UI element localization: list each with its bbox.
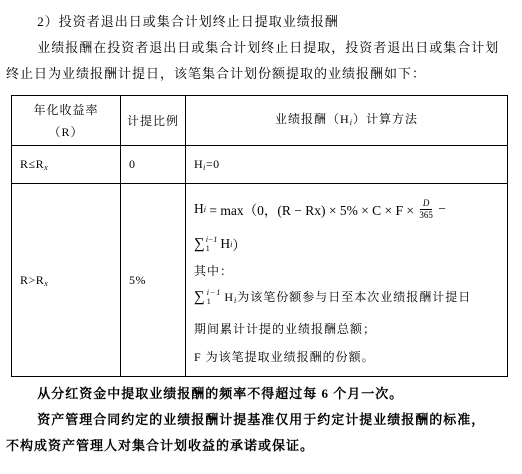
condition-2-text: R>R: [20, 273, 44, 287]
sigma-lower-limit: 1: [206, 244, 218, 253]
sigma-symbol-2: ∑i−11: [194, 283, 221, 311]
performance-fee-table: 年化收益率 （R） 计提比例 业绩报酬（Hi）计算方法 R≤Rx 0 Hi=0 …: [11, 95, 508, 377]
condition-1-subscript: x: [44, 163, 48, 172]
section-heading: 2）投资者退出日或集合计划终止日提取业绩报酬: [6, 9, 516, 35]
method-cell-2: Hi = max（0，(R − Rx) × 5% × C × F × D365 …: [186, 184, 508, 377]
fraction-numerator: D: [420, 198, 433, 210]
formula-minus: −: [435, 201, 446, 217]
header-calculation-method: 业绩报酬（Hi）计算方法: [186, 96, 508, 146]
footer-block: 从分红资金中提取业绩报酬的频率不得超过每 6 个月一次。 资产管理合同约定的业绩…: [6, 381, 516, 459]
f-explanation: F 为该笔提取业绩报酬的份额。: [194, 343, 499, 371]
sigma-glyph: ∑: [194, 236, 205, 253]
table-row-above-benchmark: R>Rx 5% Hi = max（0，(R − Rx) × 5% × C × F…: [12, 184, 508, 377]
header-accrual-ratio: 计提比例: [121, 96, 186, 146]
condition-2-subscript: x: [44, 279, 48, 288]
sigma-limits: i−11: [206, 235, 218, 253]
header-method-pre: 业绩报酬（H: [275, 112, 350, 126]
ratio-cell-2: 5%: [121, 184, 186, 377]
sigma-symbol: ∑i−11: [194, 235, 217, 253]
condition-1-text: R≤R: [20, 157, 44, 171]
sigma-h-2: H: [224, 290, 234, 304]
ratio-cell-1: 0: [121, 146, 186, 184]
method-1-value: =0: [206, 157, 220, 171]
condition-cell-1: R≤Rx: [12, 146, 121, 184]
sigma-limits-2: i−11: [207, 288, 222, 306]
fraction-d-365: D365: [419, 198, 433, 221]
table-row-below-benchmark: R≤Rx 0 Hi=0: [12, 146, 508, 184]
sigma-upper-limit: i−1: [206, 235, 218, 244]
sigma-upper-limit-2: i−1: [207, 288, 222, 297]
footer-paragraph-1: 从分红资金中提取业绩报酬的频率不得超过每 6 个月一次。: [6, 381, 516, 407]
sigma-explanation: ∑i−11Hi为该笔份额参与日至本次业绩报酬计提日 期间累计计提的业绩报酬总额；: [194, 283, 499, 343]
intro-paragraph: 业绩报酬在投资者退出日或集合计划终止日提取，投资者退出日或集合计划 终止日为业绩…: [6, 35, 516, 87]
formula-where-label: 其中：: [194, 259, 499, 283]
sigma-lower-limit-2: 1: [207, 297, 222, 306]
formula-body: = max（0，(R − Rx) × 5% × C × F ×: [206, 199, 417, 219]
fraction-denominator: 365: [419, 210, 433, 221]
table-header-row: 年化收益率 （R） 计提比例 业绩报酬（Hi）计算方法: [12, 96, 508, 146]
method-1-h: H: [194, 157, 203, 171]
formula-h: H: [194, 201, 204, 217]
formula-close-paren: ）: [232, 234, 246, 254]
formula2-h: H: [220, 236, 230, 252]
sigma-glyph-2: ∑: [194, 283, 206, 311]
header-method-post: ）计算方法: [353, 112, 418, 126]
condition-cell-2: R>Rx: [12, 184, 121, 377]
formula-line-2: ∑i−11Hi）: [194, 229, 499, 259]
footer-paragraph-2: 资产管理合同约定的业绩报酬计提基准仅用于约定计提业绩报酬的标准， 不构成资产管理…: [6, 407, 516, 459]
document-page: 2）投资者退出日或集合计划终止日提取业绩报酬 业绩报酬在投资者退出日或集合计划终…: [0, 0, 522, 474]
formula-line-1: Hi = max（0，(R − Rx) × 5% × C × F × D365 …: [194, 189, 499, 229]
header-annualized-return: 年化收益率 （R）: [12, 96, 121, 146]
method-cell-1: Hi=0: [186, 146, 508, 184]
